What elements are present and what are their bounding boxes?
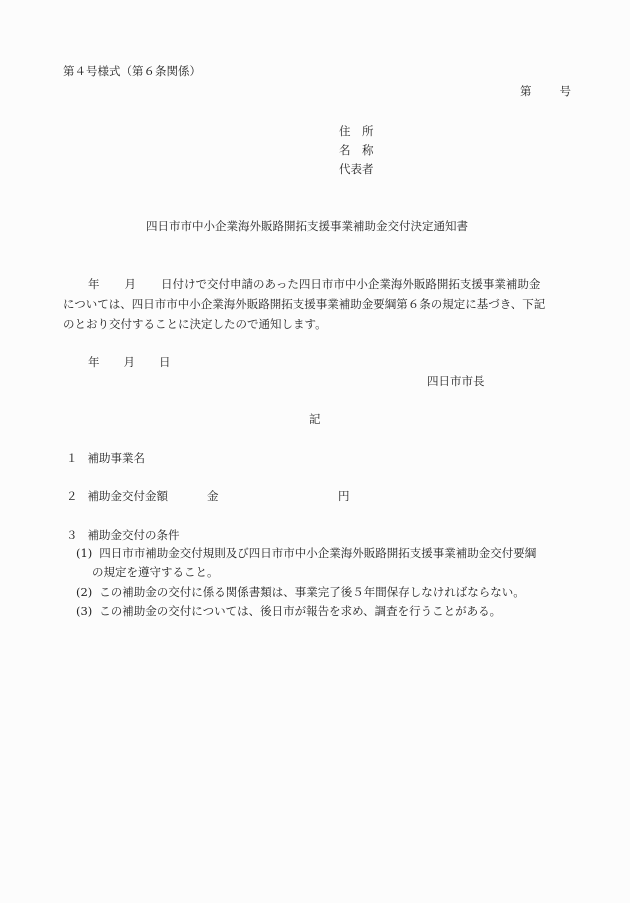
- body-line-3: のとおり交付することに決定したので通知します。: [63, 319, 327, 331]
- condition-1: (1)四日市市補助金交付規則及び四日市市中小企業海外販路開拓支援事業補助金交付要…: [76, 548, 536, 560]
- form-label: 第４号様式（第６条関係）: [63, 66, 201, 78]
- body-line-2: については、四日市市中小企業海外販路開拓支援事業補助金要綱第６条の規定に基づき、…: [63, 299, 545, 311]
- recipient-address-label: 住 所: [339, 126, 374, 138]
- condition-2: (2)この補助金の交付に係る関係書類は、事業完了後５年間保存しなければならない。: [76, 587, 525, 599]
- amount-prefix: 金: [207, 491, 219, 503]
- body-month: 月: [125, 277, 137, 291]
- condition-text: この補助金の交付に係る関係書類は、事業完了後５年間保存しなければならない。: [99, 585, 525, 599]
- body-line-1: 年月日付けで交付申請のあった四日市市中小企業海外販路開拓支援事業補助金: [88, 279, 540, 291]
- item-number: ３: [66, 528, 78, 542]
- condition-number: (1): [76, 546, 92, 560]
- body-line-1-text: 日付けで交付申請のあった四日市市中小企業海外販路開拓支援事業補助金: [161, 277, 540, 291]
- item-1: １補助事業名: [66, 453, 145, 465]
- recipient-name-label: 名 称: [339, 145, 374, 157]
- ki-heading: 記: [309, 414, 321, 426]
- body-year: 年: [88, 277, 100, 291]
- issuer: 四日市市長: [427, 376, 485, 388]
- date-year: 年: [88, 355, 100, 369]
- condition-number: (2): [76, 585, 92, 599]
- condition-text: 四日市市補助金交付規則及び四日市市中小企業海外販路開拓支援事業補助金交付要綱: [99, 546, 536, 560]
- number-prefix: 第: [520, 84, 532, 98]
- condition-1-continuation: の規定を遵守すること。: [92, 567, 219, 579]
- item-label: 補助金交付の条件: [88, 528, 180, 542]
- number-line: 第号: [520, 86, 571, 98]
- number-suffix: 号: [560, 84, 572, 98]
- item-label: 補助金交付金額: [88, 489, 169, 503]
- recipient-representative-label: 代表者: [339, 164, 374, 176]
- condition-text: この補助金の交付については、後日市が報告を求め、調査を行うことがある。: [99, 604, 501, 618]
- item-label: 補助事業名: [88, 451, 146, 465]
- date-day: 日: [159, 355, 171, 369]
- condition-3: (3)この補助金の交付については、後日市が報告を求め、調査を行うことがある。: [76, 606, 501, 618]
- condition-number: (3): [76, 604, 92, 618]
- notice-date: 年月日: [88, 357, 171, 369]
- item-2: ２補助金交付金額: [66, 491, 168, 503]
- amount-suffix: 円: [338, 491, 350, 503]
- item-number: ２: [66, 489, 78, 503]
- item-number: １: [66, 451, 78, 465]
- document-title: 四日市市中小企業海外販路開拓支援事業補助金交付決定通知書: [146, 221, 468, 233]
- date-month: 月: [124, 355, 136, 369]
- item-3: ３補助金交付の条件: [66, 530, 180, 542]
